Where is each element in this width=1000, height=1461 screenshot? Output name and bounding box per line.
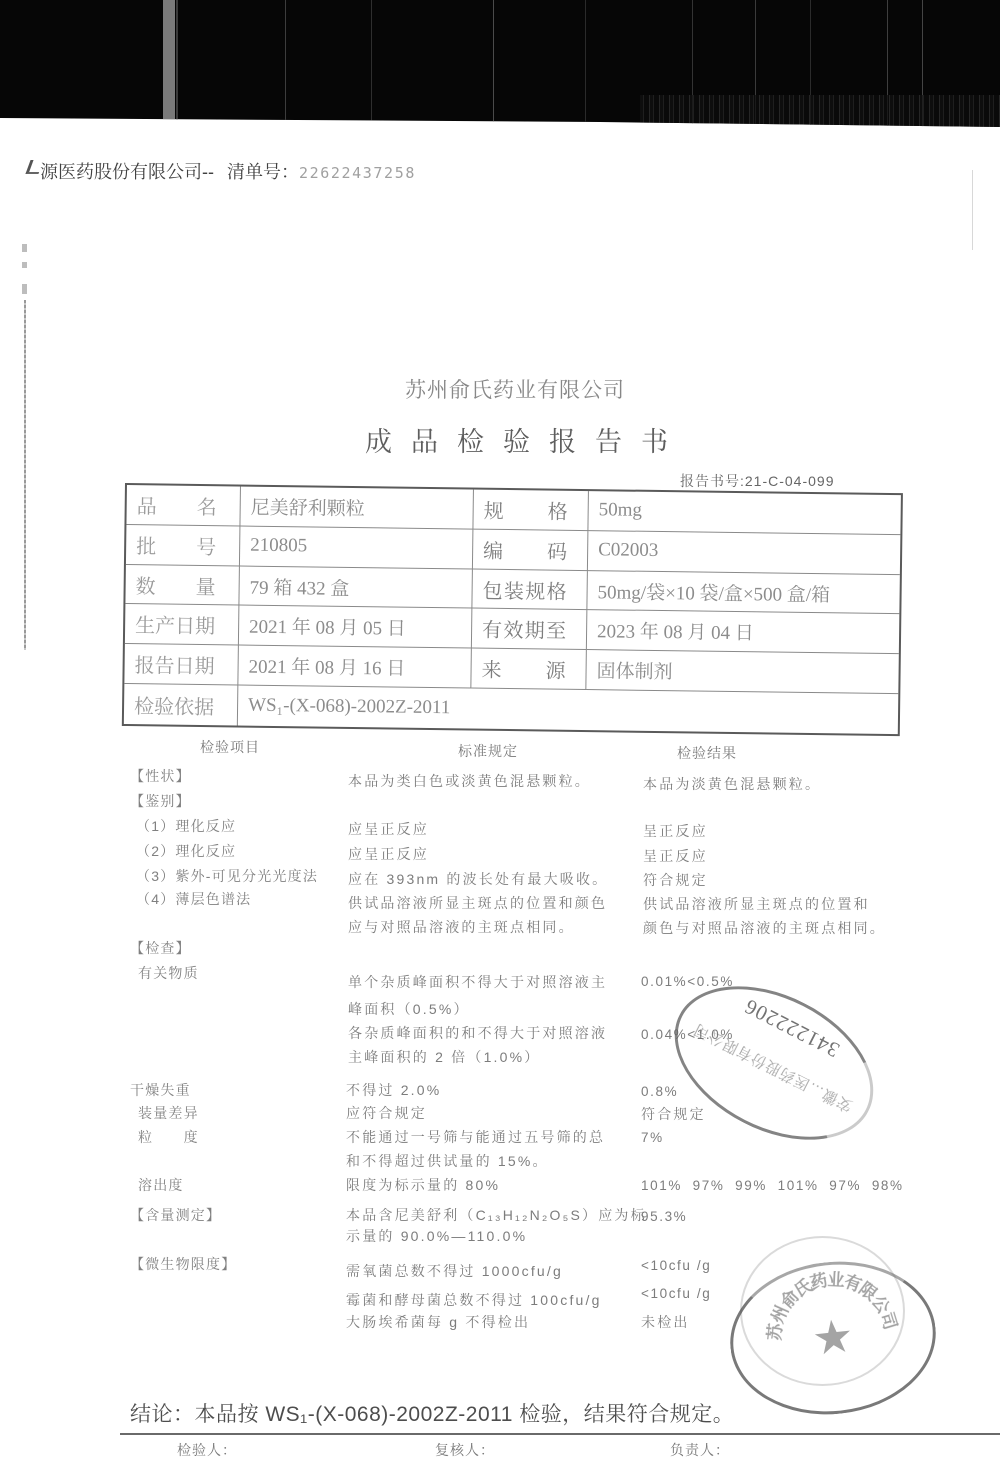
scan-mark <box>22 262 27 268</box>
info-value-product-name: 尼美舒利颗粒 <box>240 487 474 530</box>
test-item: 粒 度 <box>138 1128 199 1146</box>
test-standard: 峰面积（0.5%） <box>348 1000 470 1018</box>
header-company: 源医药股份有限公司-- <box>40 162 214 182</box>
divider <box>120 1433 1000 1435</box>
info-value-basis: WS₁-(X-068)-2002Z-2011 <box>238 686 898 734</box>
info-label: 检验依据 <box>124 684 239 725</box>
test-item: 溶出度 <box>138 1176 184 1194</box>
info-value-report-date: 2021 年 08 月 16 日 <box>238 646 472 689</box>
info-label: 编 码 <box>473 529 589 570</box>
test-item: 干燥失重 <box>130 1081 191 1099</box>
scan-mark <box>22 284 27 294</box>
test-item: （2）理化反应 <box>136 842 236 860</box>
conclusion-text: 结论：本品按 WS₁-(X-068)-2002Z-2011 检验，结果符合规定。 <box>130 1398 734 1428</box>
info-label: 包装规格 <box>472 569 588 610</box>
test-standard: 本品为类白色或淡黄色混悬颗粒。 <box>348 772 591 790</box>
test-item: （3）紫外-可见分光光度法 <box>136 867 318 885</box>
info-value-code: C02003 <box>588 531 900 575</box>
test-standard: 和不得超过供试量的 15%。 <box>346 1152 549 1170</box>
test-result: 颜色与对照品溶液的主斑点相同。 <box>643 919 886 937</box>
test-result: 7% <box>641 1129 664 1147</box>
test-standard: 主峰面积的 2 倍（1.0%） <box>348 1048 540 1066</box>
report-number: 报告书号:21-C-04-099 <box>680 471 835 491</box>
test-result: 呈正反应 <box>643 847 708 865</box>
info-value-spec: 50mg <box>588 491 900 535</box>
scan-black-band <box>0 0 1000 127</box>
header-line: 源医药股份有限公司-- 清单号：22622437258 <box>40 158 416 184</box>
signature-reviewer: 复核人： <box>435 1440 495 1460</box>
test-standard: 不得过 2.0% <box>346 1081 441 1099</box>
test-standard: 应在 393nm 的波长处有最大吸收。 <box>348 870 608 888</box>
test-result: 呈正反应 <box>643 822 708 840</box>
test-result: 未检出 <box>641 1313 690 1331</box>
test-section: 【鉴别】 <box>130 792 191 810</box>
scan-edge-line <box>972 170 973 250</box>
info-label: 来 源 <box>471 649 587 690</box>
test-standard: 供试品溶液所显主斑点的位置和颜色 <box>348 894 607 912</box>
info-value-source: 固体制剂 <box>586 650 898 694</box>
info-value-packaging: 50mg/袋×10 袋/盒×500 盒/箱 <box>587 571 899 615</box>
test-result: 101% 97% 99% 101% 97% 98% <box>641 1177 904 1195</box>
info-value-expiry-date: 2023 年 08 月 04 日 <box>587 611 899 655</box>
test-item: 有关物质 <box>138 964 199 982</box>
scan-edge-line <box>24 300 26 650</box>
test-standard: 应与对照品溶液的主斑点相同。 <box>348 918 575 936</box>
signature-supervisor: 负责人： <box>670 1440 730 1460</box>
test-section: 【检查】 <box>130 939 191 957</box>
test-section: 【含量测定】 <box>130 1206 221 1224</box>
test-standard: 霉菌和酵母菌总数不得过 100cfu/g <box>346 1291 602 1309</box>
info-value-batch: 210805 <box>240 526 474 569</box>
test-result: <10cfu /g <box>641 1285 711 1303</box>
test-standard: 大肠埃希菌每 g 不得检出 <box>346 1313 530 1331</box>
test-standard: 单个杂质峰面积不得大于对照溶液主 <box>348 973 607 991</box>
header-list-number: 22622437258 <box>299 164 416 182</box>
column-header-result: 检验结果 <box>677 743 737 763</box>
report-number-value: 21-C-04-099 <box>745 473 835 489</box>
info-label: 品 名 <box>126 485 241 526</box>
test-standard: 需氧菌总数不得过 1000cfu/g <box>346 1262 563 1280</box>
test-section: 【微生物限度】 <box>130 1255 236 1273</box>
test-result: 0.8% <box>641 1083 678 1101</box>
test-result: 符合规定 <box>641 1105 706 1123</box>
report-number-label: 报告书号: <box>680 473 745 489</box>
test-standard: 应呈正反应 <box>348 820 429 838</box>
test-standard: 各杂质峰面积的和不得大于对照溶液 <box>348 1024 607 1042</box>
info-value-production-date: 2021 年 08 月 05 日 <box>239 606 473 649</box>
page-title: 成品检验报告书 <box>365 420 687 459</box>
header-list-label: 清单号： <box>227 162 299 182</box>
test-result: <10cfu /g <box>641 1257 711 1275</box>
test-result: 符合规定 <box>643 871 708 889</box>
info-label: 生产日期 <box>125 605 240 646</box>
test-item: 【性状】 <box>130 767 191 785</box>
column-header-standard: 标准规定 <box>458 741 518 761</box>
info-label: 报告日期 <box>124 644 239 685</box>
info-label: 数 量 <box>125 565 240 606</box>
star-icon <box>810 1308 857 1366</box>
test-standard: 应呈正反应 <box>348 845 429 863</box>
column-header-item: 检验项目 <box>200 737 260 757</box>
test-item: 装量差异 <box>138 1104 199 1122</box>
test-result: 本品为淡黄色混悬颗粒。 <box>643 775 821 793</box>
info-value-quantity: 79 箱 432 盒 <box>239 566 473 609</box>
scan-mark <box>22 244 27 252</box>
signature-inspector: 检验人： <box>177 1440 237 1460</box>
test-standard: 本品含尼美舒利（C₁₃H₁₂N₂O₅S）应为标 <box>346 1206 647 1224</box>
test-result: 95.3% <box>641 1208 687 1226</box>
info-label: 有效期至 <box>472 609 588 650</box>
test-standard: 限度为标示量的 80% <box>346 1176 500 1194</box>
test-standard: 示量的 90.0%—110.0% <box>346 1227 527 1245</box>
test-result: 供试品溶液所显主斑点的位置和 <box>643 895 870 913</box>
test-item: （1）理化反应 <box>136 817 236 835</box>
issuer-company: 苏州俞氏药业有限公司 <box>405 374 625 404</box>
test-standard: 不能通过一号筛与能通过五号筛的总 <box>346 1128 605 1146</box>
info-label: 批 号 <box>126 525 241 566</box>
info-label: 规 格 <box>473 490 589 531</box>
test-standard: 应符合规定 <box>346 1104 427 1122</box>
product-info-table: 品 名 尼美舒利颗粒 规 格 50mg 批 号 210805 编 码 C0200… <box>122 483 903 736</box>
test-item: （4）薄层色谱法 <box>136 890 251 908</box>
